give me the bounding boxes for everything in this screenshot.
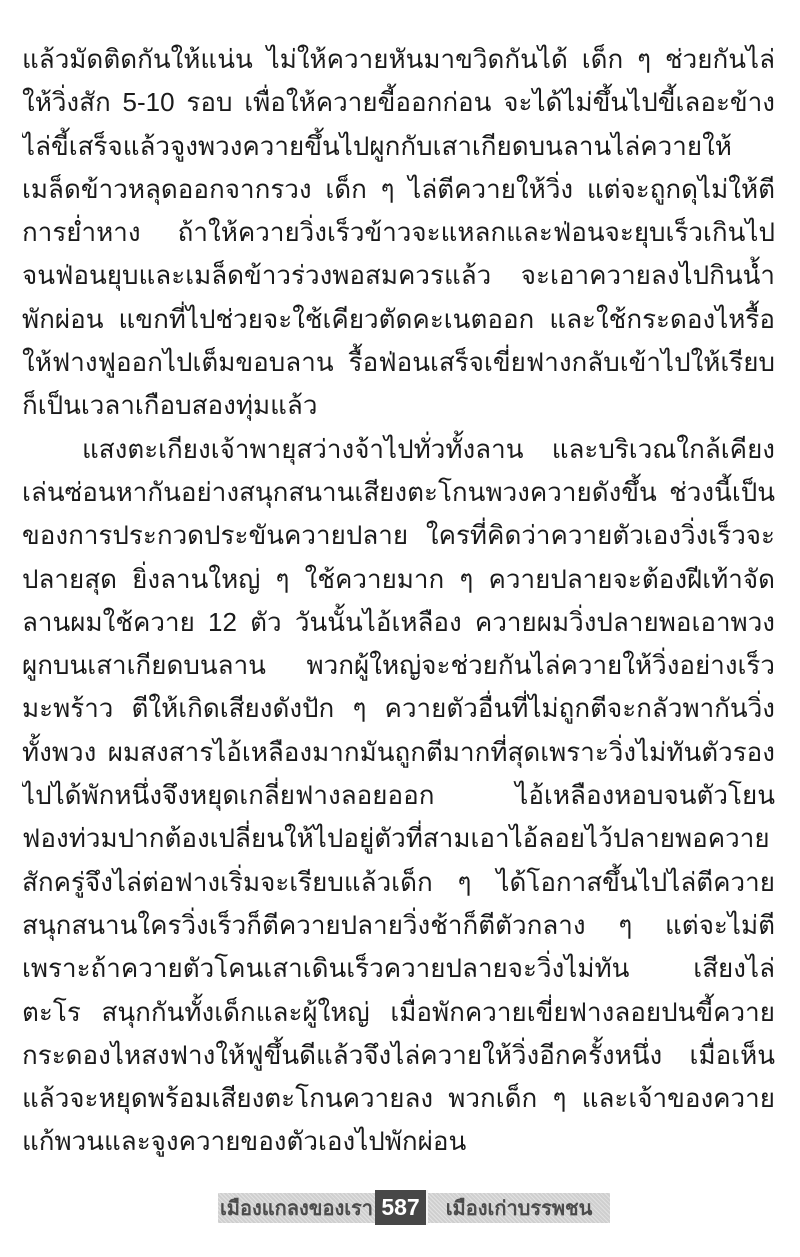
text-line: มะพร้าว ตีให้เกิดเสียงดังปัก ๆ ควายตัวอื… bbox=[22, 687, 775, 730]
text-line: ฟองท่วมปากต้องเปลี่ยนให้ไปอยู่ตัวที่สามเ… bbox=[22, 817, 775, 860]
text-line: ตะโร สนุกกันทั้งเด็กและผู้ใหญ่ เมื่อพักค… bbox=[22, 991, 775, 1034]
text-line: เล่นซ่อนหากันอย่างสนุกสนานเสียงตะโกนพวงค… bbox=[22, 471, 775, 514]
text-line: เมล็ดข้าวหลุดออกจากรวง เด็ก ๆ ไล่ตีควายใ… bbox=[22, 168, 775, 211]
text-line: พักผ่อน แขกที่ไปช่วยจะใช้เคียวตัดคะเนตออ… bbox=[22, 298, 775, 341]
text-line: การย่ำหาง ถ้าให้ควายวิ่งเร็วข้าวจะแหลกแล… bbox=[22, 211, 775, 254]
text-line: ไล่ขี้เสร็จแล้วจูงพวงควายขึ้นไปผูกกับเสา… bbox=[22, 125, 775, 168]
text-line: กระดองไหสงฟางให้ฟูขึ้นดีแล้วจึงไล่ควายให… bbox=[22, 1034, 775, 1077]
text-line: จนฟ่อนยุบและเมล็ดข้าวร่วงพอสมควรแล้ว จะเ… bbox=[22, 254, 775, 297]
text-line: ให้ฟางฟูออกไปเต็มขอบลาน รื้อฟ่อนเสร็จเขี… bbox=[22, 341, 775, 384]
text-line: ก็เป็นเวลาเกือบสองทุ่มแล้ว bbox=[22, 384, 775, 427]
page-text-block: แล้วมัดติดกันให้แน่น ไม่ให้ควายหันมาขวิด… bbox=[22, 38, 775, 1164]
paragraph-1: แล้วมัดติดกันให้แน่น ไม่ให้ควายหันมาขวิด… bbox=[22, 38, 775, 428]
text-line: ของการประกวดประขันควายปลาย ใครที่คิดว่าค… bbox=[22, 514, 775, 557]
footer-chapter-title: เมืองเก่าบรรพชน bbox=[428, 1192, 610, 1224]
text-line: ปลายสุด ยิ่งลานใหญ่ ๆ ใช้ควายมาก ๆ ควายป… bbox=[22, 558, 775, 601]
text-line: ทั้งพวง ผมสงสารไอ้เหลืองมากมันถูกตีมากที… bbox=[22, 731, 775, 774]
text-line: แล้วจะหยุดพร้อมเสียงตะโกนควายลง พวกเด็ก … bbox=[22, 1077, 775, 1120]
text-line: ไปได้พักหนึ่งจึงหยุดเกลี่ยฟางลอยออก ไอ้เ… bbox=[22, 774, 775, 817]
text-line: สนุกสนานใครวิ่งเร็วก็ตีควายปลายวิ่งช้าก็… bbox=[22, 904, 775, 947]
text-line: เพราะถ้าควายตัวโคนเสาเดินเร็วควายปลายจะว… bbox=[22, 947, 775, 990]
text-line: ให้วิ่งสัก 5-10 รอบ เพื่อให้ควายขี้ออกก่… bbox=[22, 81, 775, 124]
footer-bar: เมืองแกลงของเรา 587 เมืองเก่าบรรพชน bbox=[218, 1193, 610, 1223]
text-line: แล้วมัดติดกันให้แน่น ไม่ให้ควายหันมาขวิด… bbox=[22, 38, 775, 81]
text-line: ผูกบนเสาเกียดบนลาน พวกผู้ใหญ่จะช่วยกันไล… bbox=[22, 644, 775, 687]
footer-page-number: 587 bbox=[375, 1190, 428, 1225]
text-line: ลานผมใช้ควาย 12 ตัว วันนั้นไอ้เหลือง ควา… bbox=[22, 601, 775, 644]
text-line: สักครู่จึงไล่ต่อฟางเริ่มจะเรียบแล้วเด็ก … bbox=[22, 861, 775, 904]
text-line: แสงตะเกียงเจ้าพายุสว่างจ้าไปทั่วทั้งลาน … bbox=[22, 428, 775, 471]
footer-book-title: เมืองแกลงของเรา bbox=[218, 1192, 375, 1224]
text-line: แก้พวนและจูงควายของตัวเองไปพักผ่อน bbox=[22, 1120, 775, 1163]
paragraph-2: แสงตะเกียงเจ้าพายุสว่างจ้าไปทั่วทั้งลาน … bbox=[22, 428, 775, 1164]
